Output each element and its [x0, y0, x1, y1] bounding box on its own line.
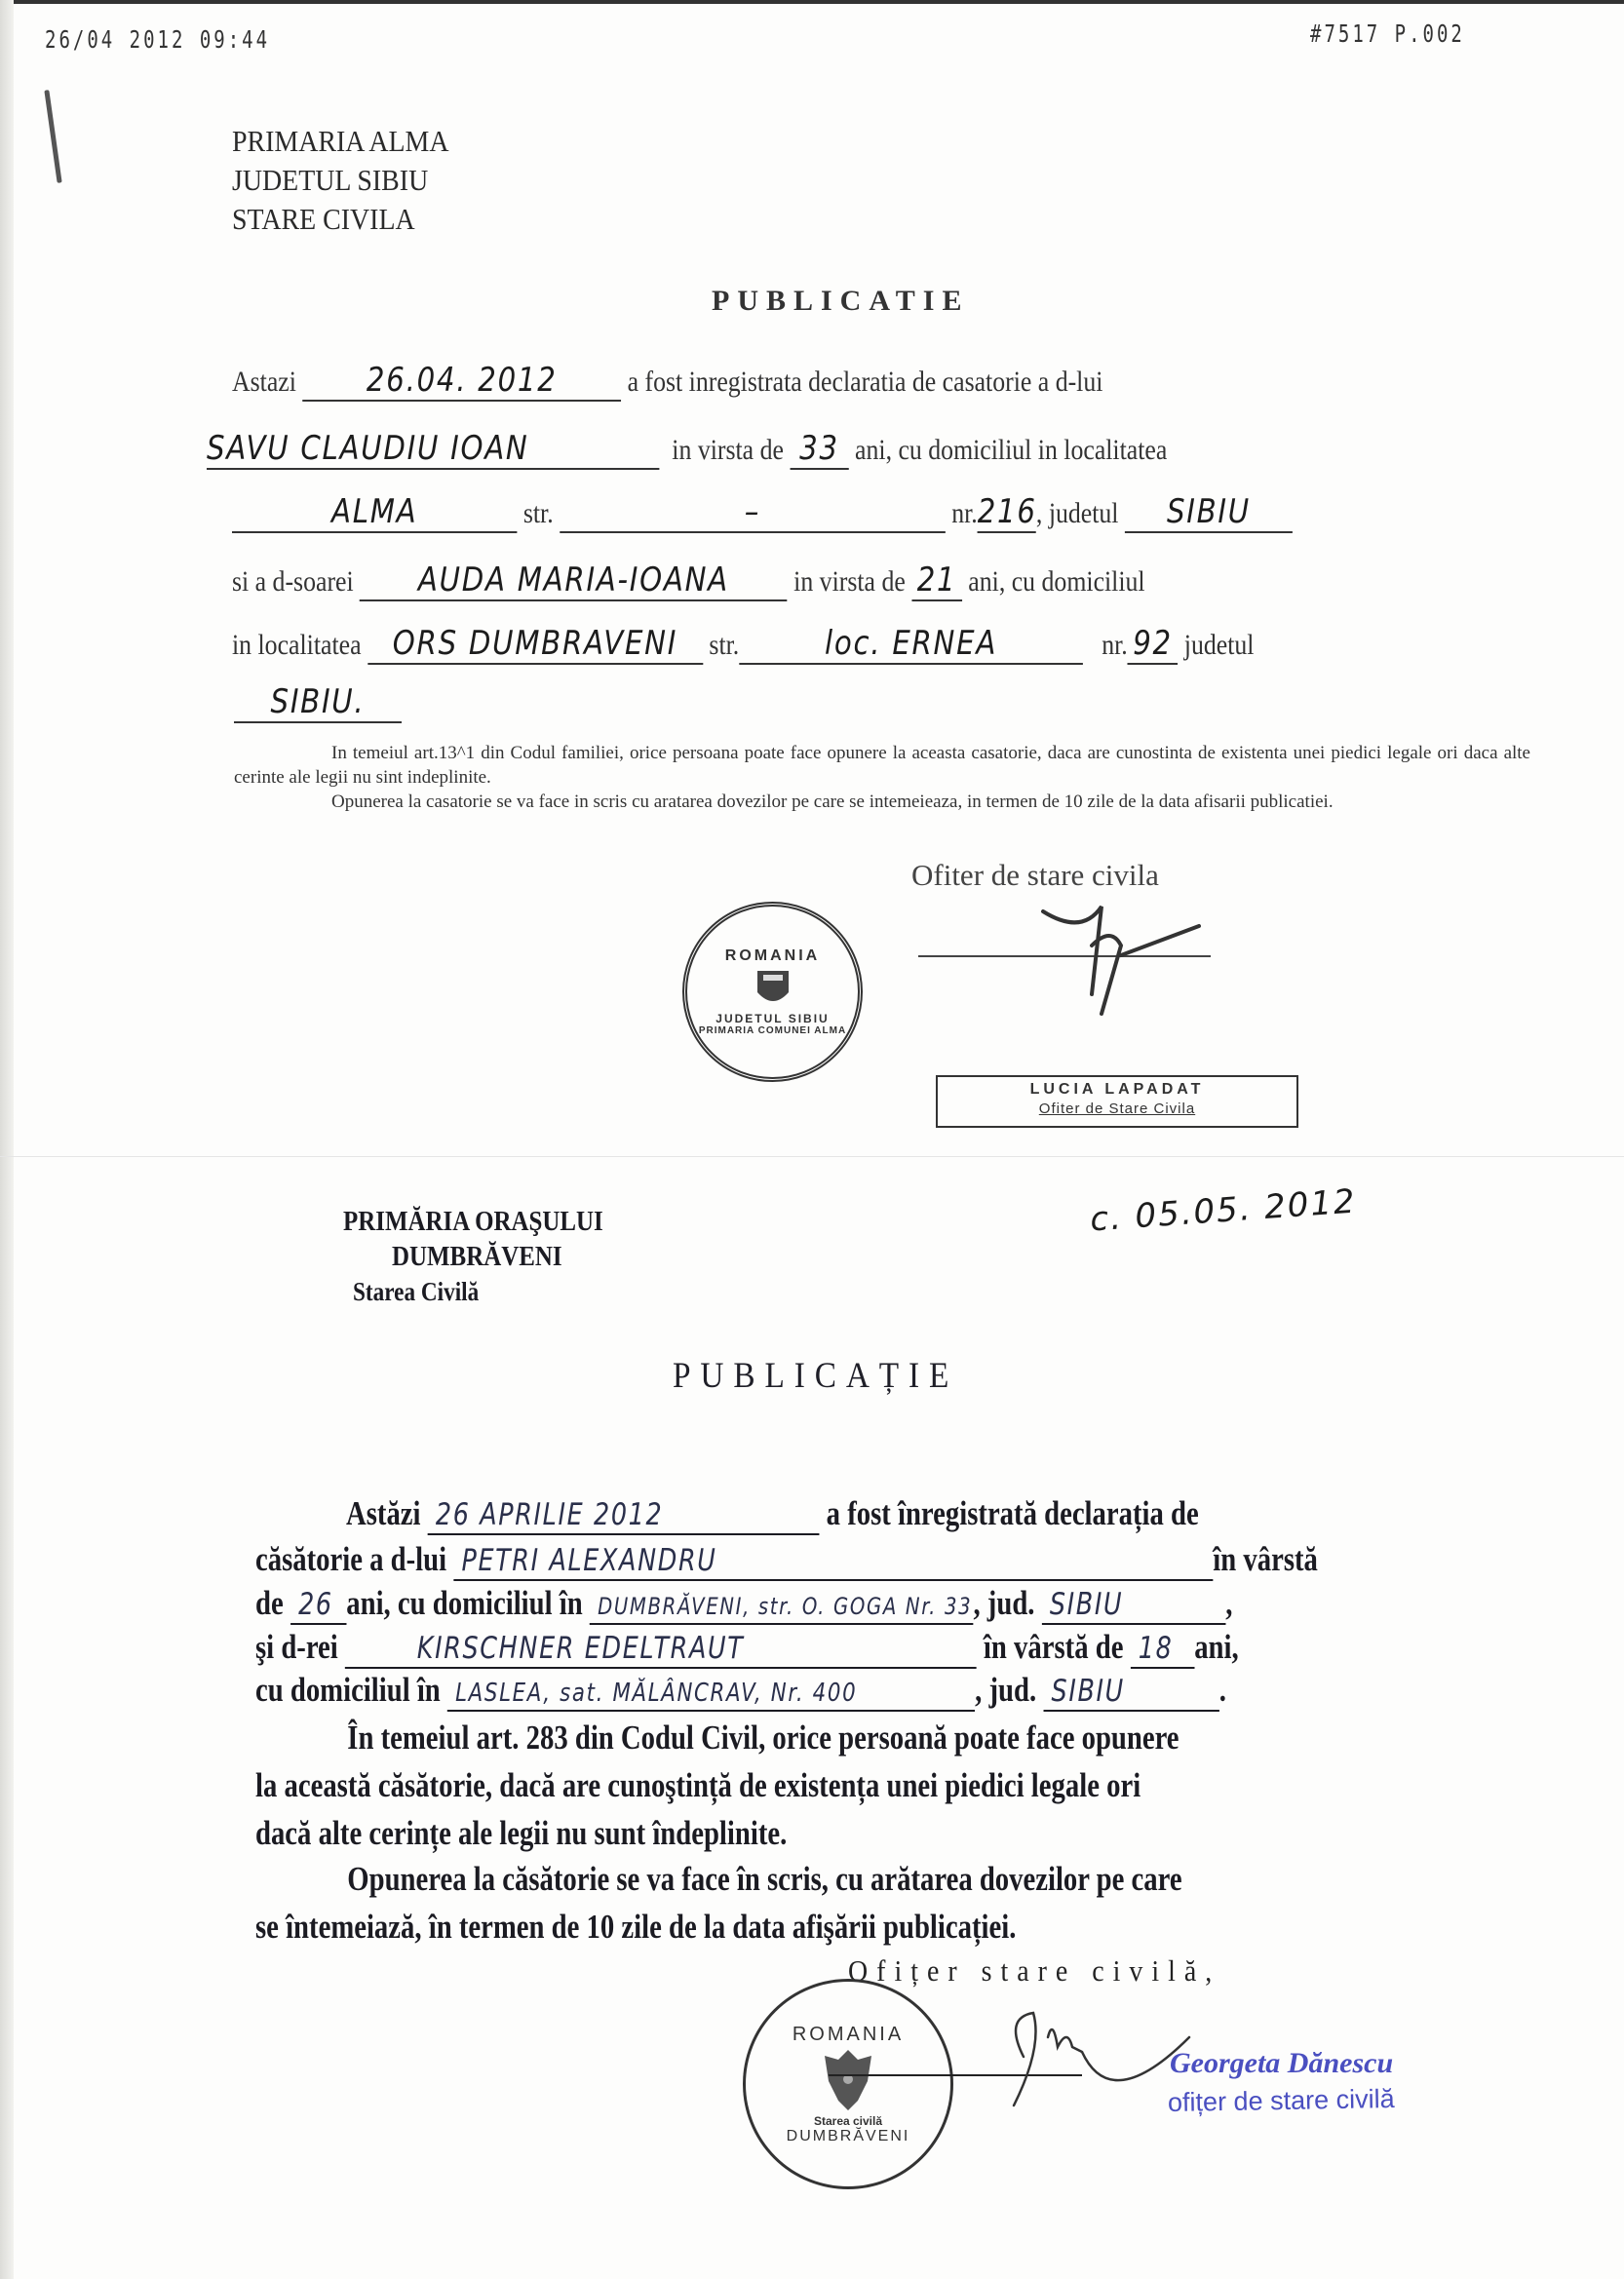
bride-age-field: 21: [911, 560, 962, 601]
stamp-officer-name: LUCIA LAPADAT: [938, 1079, 1296, 1101]
fold-separator: [0, 1156, 1624, 1157]
s2-official-seal: ROMANIA Starea civilă DUMBRĂVENI: [743, 1979, 953, 2189]
label: ani,: [1194, 1628, 1238, 1666]
s1-official-seal: ROMANIA JUDETUL SIBIU PRIMARIA COMUNEI A…: [682, 902, 863, 1082]
stamp-officer-role: Ofiter de Stare Civila: [938, 1101, 1296, 1118]
s2-header-line: DUMBRĂVENI: [392, 1241, 562, 1273]
bride-address-field: LASLEA, sat. MĂLÂNCRAV, Nr. 400: [447, 1671, 975, 1712]
legal-line: Opunerea la căsătorie se va face în scri…: [255, 1855, 1182, 1903]
groom-age-field: 33: [790, 429, 848, 470]
s1-legal-paragraph: Opunerea la casatorie se va face in scri…: [234, 790, 1530, 814]
label: Astazi: [232, 366, 296, 398]
bride-county-field: SIBIU: [1043, 1671, 1218, 1712]
groom-number-field: 216: [978, 492, 1036, 533]
label: str.: [709, 629, 739, 661]
groom-county-field: SIBIU: [1042, 1584, 1226, 1625]
label: nr.: [951, 497, 978, 529]
s1-header-line: PRIMARIA ALMA: [232, 122, 448, 161]
s2-line-date: Astăzi 26 APRILIE 2012 a fost înregistra…: [346, 1494, 1199, 1535]
label: si a d-soarei: [232, 565, 354, 598]
label: , jud.: [973, 1584, 1034, 1622]
staple-mark: [44, 90, 61, 183]
coat-of-arms-icon: [750, 965, 796, 1012]
label: in localitatea: [232, 629, 362, 661]
label: nr.: [1102, 629, 1128, 661]
s2-line-groom: căsătorie a d-lui PETRI ALEXANDRUîn vârs…: [255, 1540, 1318, 1581]
bride-street-field: loc. ERNEA: [739, 624, 1083, 665]
seal-text-top: ROMANIA: [793, 2024, 904, 2046]
s1-line-groom-address: ALMA str. – nr.216, judetul SIBIU: [232, 492, 1293, 533]
s1-line-groom: SAVU CLAUDIU IOAN in virsta de 33 ani, c…: [207, 429, 1167, 470]
legal-line: se întemeiază, în termen de 10 zile de l…: [255, 1903, 1182, 1951]
groom-name-field: PETRI ALEXANDRU: [453, 1540, 1213, 1581]
label: in virsta de: [793, 565, 906, 598]
s1-line-bride: si a d-soarei AUDA MARIA-IOANA in virsta…: [232, 560, 1145, 601]
label: ani, cu domiciliul în: [346, 1584, 582, 1622]
s2-line-bride: şi d-rei KIRSCHNER EDELTRAUT în vârstă d…: [255, 1628, 1239, 1669]
s2-legal-paragraph-1: În temeiul art. 283 din Codul Civil, ori…: [255, 1714, 1179, 1857]
label: judetul: [1184, 629, 1255, 661]
s2-officer-label: Ofițer stare civilă,: [848, 1953, 1220, 1989]
label: , judetul: [1036, 497, 1119, 529]
s1-signature-icon: [1014, 887, 1238, 1043]
label: în vârstă de: [984, 1628, 1124, 1666]
date-field: 26.04. 2012: [302, 361, 621, 402]
s1-legal-text: In temeiul art.13^1 din Codul familiei, …: [234, 741, 1530, 814]
s1-name-stamp: LUCIA LAPADAT Ofiter de Stare Civila: [936, 1075, 1298, 1128]
s2-line-bride-address: cu domiciliul în LASLEA, sat. MĂLÂNCRAV,…: [255, 1671, 1226, 1712]
label: a fost înregistrată declarația de: [827, 1494, 1199, 1532]
s2-header-line: PRIMĂRIA ORAŞULUI: [343, 1206, 603, 1238]
bride-number-field: 92: [1128, 624, 1179, 665]
punctuation: .: [1219, 1671, 1226, 1709]
label: ani, cu domiciliul in localitatea: [855, 434, 1167, 466]
punctuation: ,: [1225, 1584, 1232, 1622]
s1-document-title: PUBLICATIE: [712, 285, 969, 318]
s1-line-bride-address: in localitatea ORS DUMBRAVENI str.loc. E…: [232, 624, 1254, 665]
s1-line-date: Astazi 26.04. 2012 a fost inregistrata d…: [232, 361, 1102, 402]
s2-handwritten-date-note: c. 05.05. 2012: [1089, 1181, 1358, 1239]
label: str.: [523, 497, 554, 529]
seal-text-bottom: PRIMARIA COMUNEI ALMA: [699, 1025, 846, 1036]
groom-age-field: 26: [290, 1584, 346, 1625]
scan-border-left: [0, 0, 14, 2279]
label: cu domiciliul în: [255, 1671, 441, 1709]
label: ani, cu domiciliul: [968, 565, 1144, 598]
bride-name-field: AUDA MARIA-IOANA: [360, 560, 788, 601]
groom-county-field: SIBIU: [1125, 492, 1293, 533]
signer-name-stamp: Georgeta Dănescu: [1170, 2047, 1393, 2080]
fax-timestamp: 26/04 2012 09:44: [45, 26, 270, 55]
s2-header-line: Starea Civilă: [353, 1277, 479, 1307]
date-field: 26 APRILIE 2012: [428, 1494, 820, 1535]
label: de: [255, 1584, 284, 1622]
signer-role-stamp: ofițer de stare civilă: [1168, 2084, 1395, 2118]
bride-name-field: KIRSCHNER EDELTRAUT: [345, 1628, 977, 1669]
label: in virsta de: [672, 434, 784, 466]
label: Astăzi: [346, 1494, 421, 1532]
s1-legal-paragraph: In temeiul art.13^1 din Codul familiei, …: [234, 741, 1530, 790]
s2-document-title: PUBLICAȚIE: [673, 1355, 958, 1397]
label: în vârstă: [1213, 1540, 1318, 1578]
label: căsătorie a d-lui: [255, 1540, 446, 1578]
groom-name-field: SAVU CLAUDIU IOAN: [207, 429, 659, 470]
eagle-coat-of-arms-icon: [819, 2046, 877, 2114]
bride-county-field: SIBIU.: [234, 682, 402, 723]
groom-street-field: –: [560, 492, 946, 533]
label: a fost inregistrata declaratia de casato…: [628, 366, 1103, 398]
s1-header-line: STARE CIVILA: [232, 200, 448, 239]
s1-header-line: JUDETUL SIBIU: [232, 161, 448, 200]
seal-text-middle: JUDETUL SIBIU: [715, 1012, 829, 1025]
seal-text-bottom: DUMBRĂVENI: [787, 2128, 910, 2145]
seal-text-top: ROMANIA: [725, 947, 820, 965]
label: , jud.: [975, 1671, 1036, 1709]
legal-line: dacă alte cerințe ale legii nu sunt înde…: [255, 1809, 1179, 1857]
groom-locality-field: ALMA: [232, 492, 517, 533]
s2-line-groom-address: de 26ani, cu domiciliul în DUMBRĂVENI, s…: [255, 1584, 1232, 1625]
bride-locality-field: ORS DUMBRAVENI: [367, 624, 703, 665]
s1-line-bride-county: SIBIU.: [234, 682, 402, 723]
label: şi d-rei: [255, 1628, 338, 1666]
s2-legal-paragraph-2: Opunerea la căsătorie se va face în scri…: [255, 1855, 1182, 1951]
legal-line: În temeiul art. 283 din Codul Civil, ori…: [255, 1714, 1179, 1761]
groom-address-field: DUMBRĂVENI, str. O. GOGA Nr. 33: [590, 1584, 974, 1625]
legal-line: la această căsătorie, dacă are cunoştinț…: [255, 1761, 1179, 1809]
s1-issuer-header: PRIMARIA ALMA JUDETUL SIBIU STARE CIVILA: [232, 122, 448, 239]
fax-page-ref: #7517 P.002: [1310, 20, 1465, 49]
seal-text-center: Starea civilă: [814, 2114, 882, 2128]
scan-border-top: [0, 0, 1624, 4]
bride-age-field: 18: [1131, 1628, 1195, 1669]
